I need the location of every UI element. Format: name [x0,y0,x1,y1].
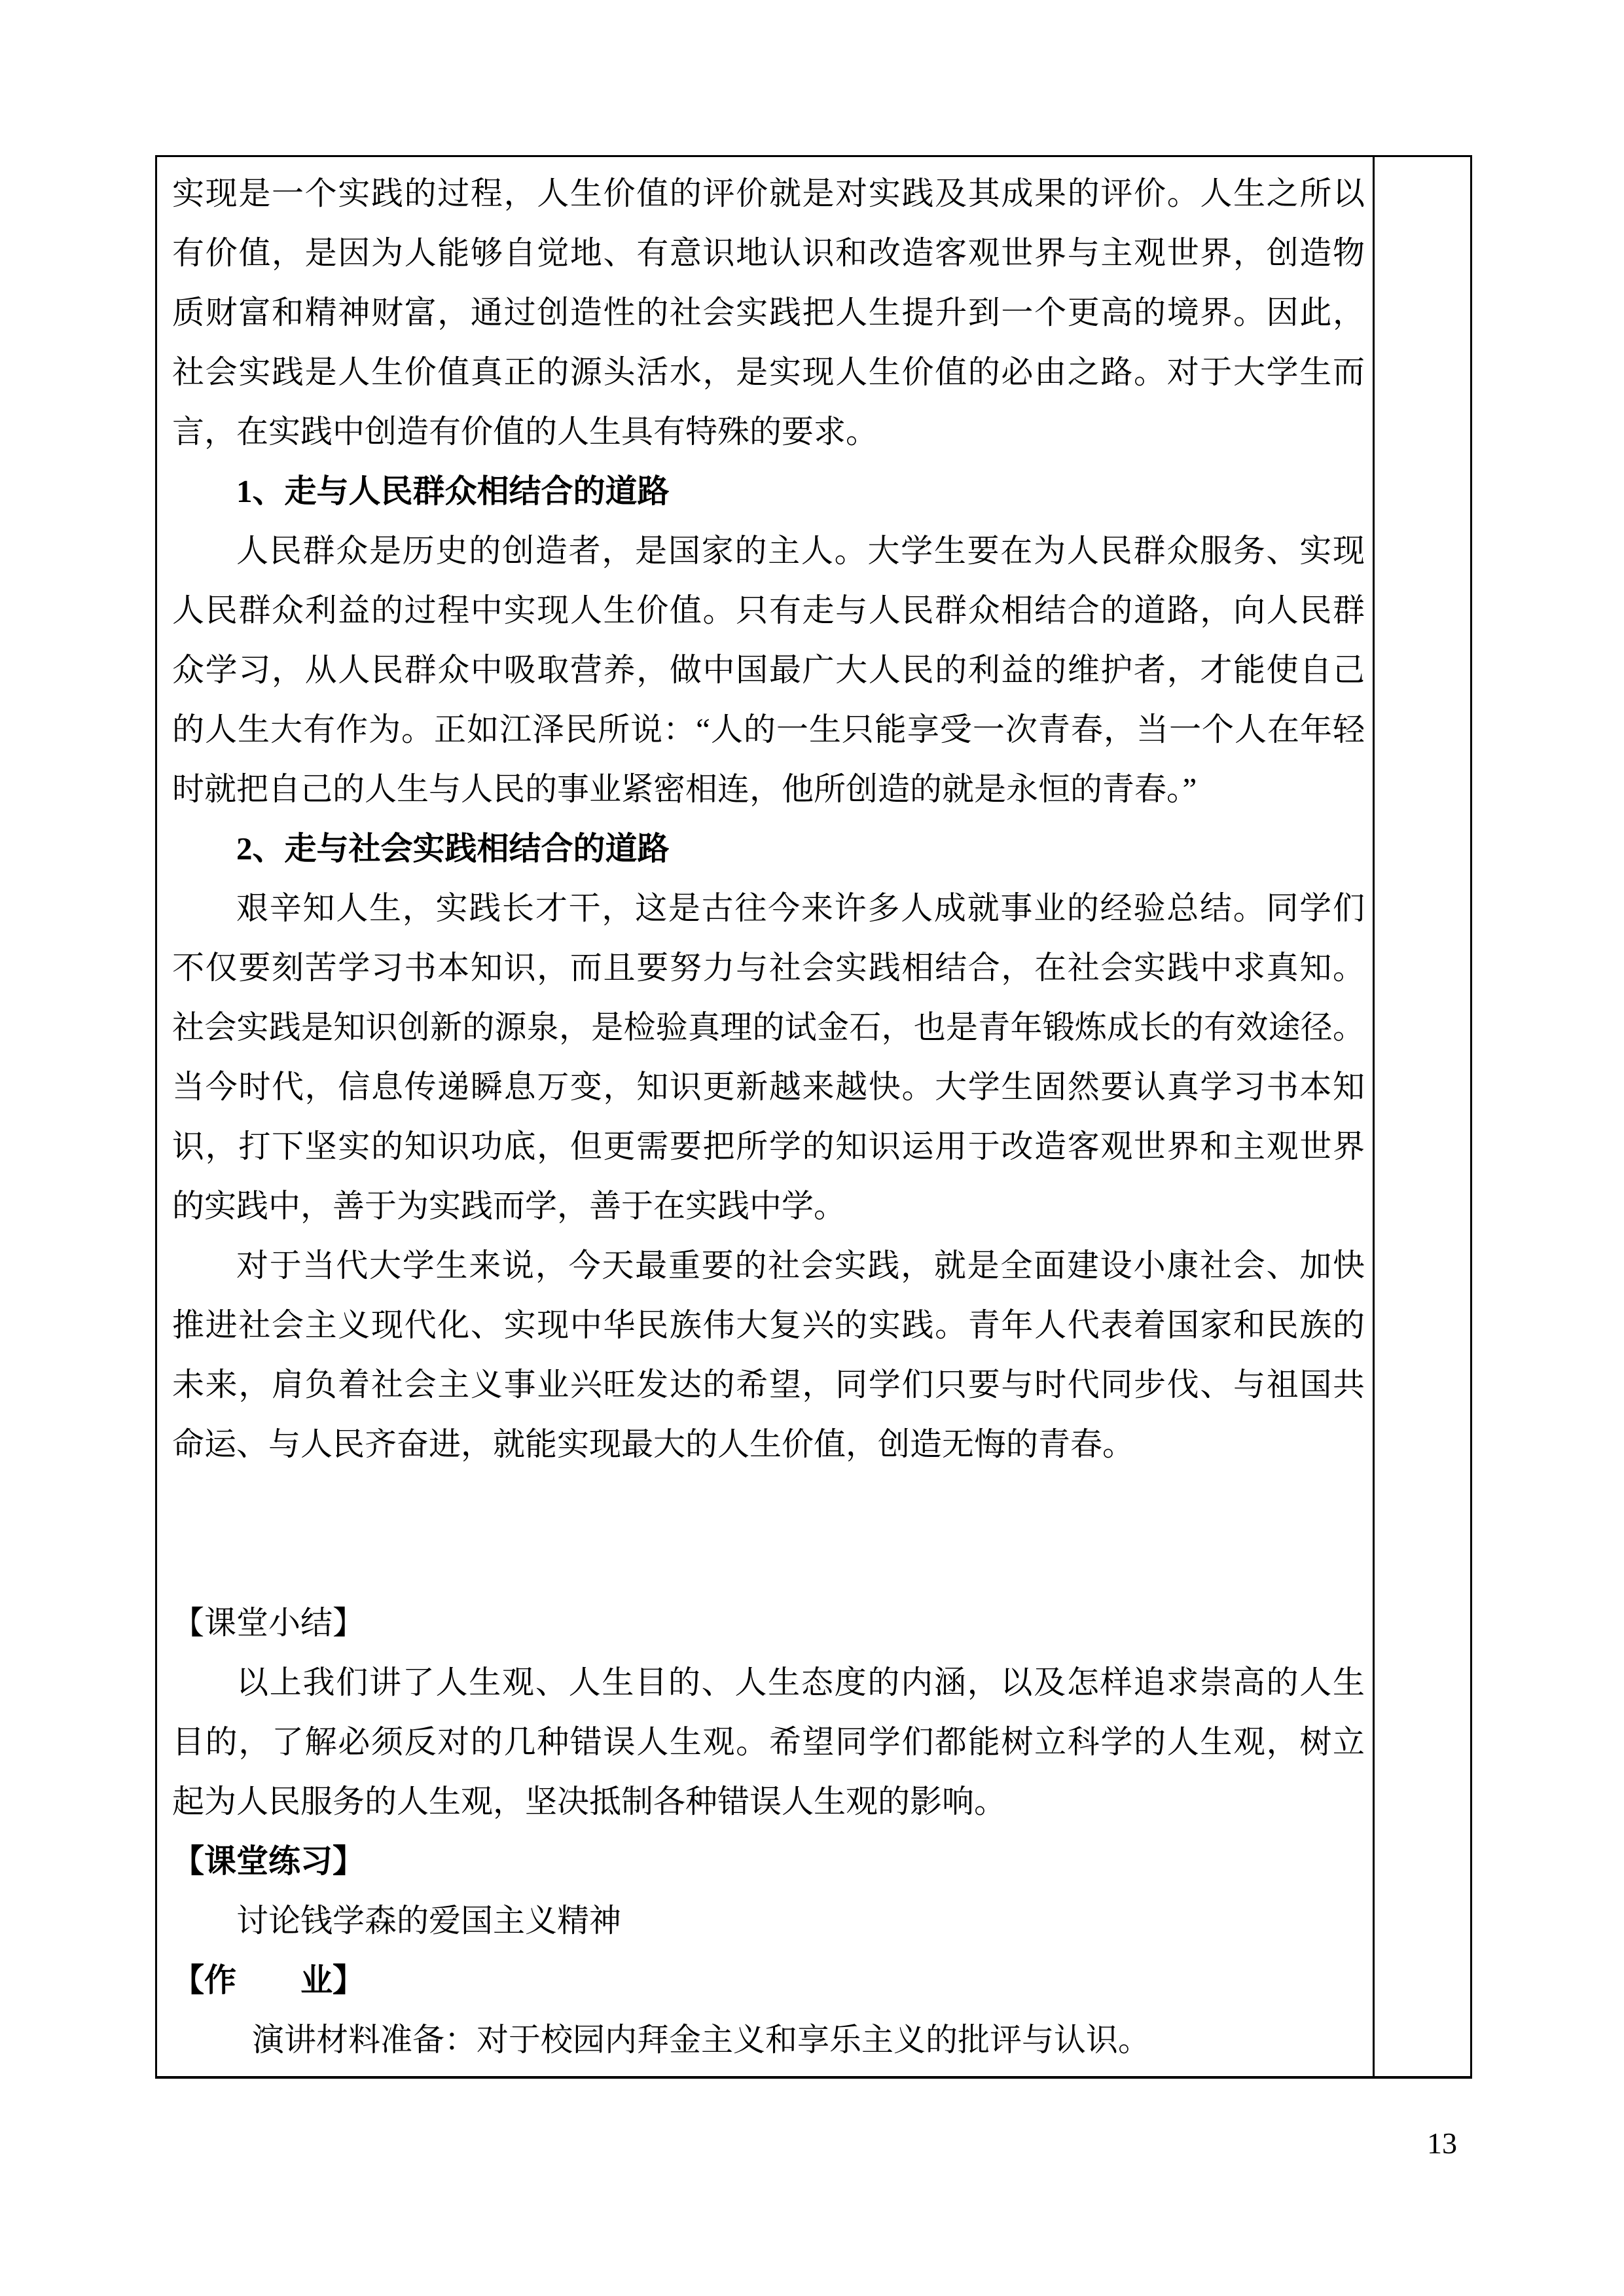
page-number: 13 [1427,2128,1457,2159]
body-text-line: 质财富和精神财富，通过创造性的社会实践把人生提升到一个更高的境界。因此， [172,283,1365,342]
main-cell: 实现是一个实践的过程，人生价值的评价就是对实践及其成果的评价。人生之所以 有价值… [157,157,1375,2076]
body-text-line: 未来，肩负着社会主义事业兴旺发达的希望，同学们只要与时代同步伐、与祖国共 [172,1355,1365,1414]
document-page: 实现是一个实践的过程，人生价值的评价就是对实践及其成果的评价。人生之所以 有价值… [0,0,1624,2296]
body-text-line: 众学习，从人民群众中吸取营养，做中国最广大人民的利益的维护者，才能使自己 [172,640,1365,700]
body-text-line: 人民群众是历史的创造者，是国家的主人。大学生要在为人民群众服务、实现 [172,521,1365,581]
body-text-line: 起为人民服务的人生观，坚决抵制各种错误人生观的影响。 [172,1772,1365,1831]
section-heading-line: 1、走与人民群众相结合的道路 [172,461,1365,521]
body-text-line: 的实践中，善于为实践而学，善于在实践中学。 [172,1176,1365,1236]
body-text-line: 以上我们讲了人生观、人生目的、人生态度的内涵，以及怎样追求崇高的人生 [172,1653,1365,1712]
blank-line [172,1534,1365,1593]
body-text-line: 演讲材料准备：对于校园内拜金主义和享乐主义的批评与认识。 [172,2010,1365,2070]
section-heading-line: 2、走与社会实践相结合的道路 [172,819,1365,878]
body-text-line: 命运、与人民齐奋进，就能实现最大的人生价值，创造无悔的青春。 [172,1414,1365,1474]
blank-line [172,1474,1365,1534]
body-text-line: 实现是一个实践的过程，人生价值的评价就是对实践及其成果的评价。人生之所以 [172,164,1365,223]
body-text-line: 不仅要刻苦学习书本知识，而且要努力与社会实践相结合，在社会实践中求真知。 [172,938,1365,997]
body-text-line: 讨论钱学森的爱国主义精神 [172,1891,1365,1950]
body-text-line: 当今时代，信息传递瞬息万变，知识更新越来越快。大学生固然要认真学习书本知 [172,1057,1365,1117]
body-text-line: 的人生大有作为。正如江泽民所说：“人的一生只能享受一次青春，当一个人在年轻 [172,700,1365,759]
body-text-line: 社会实践是知识创新的源泉，是检验真理的试金石，也是青年锻炼成长的有效途径。 [172,997,1365,1057]
body-text-line: 有价值，是因为人能够自觉地、有意识地认识和改造客观世界与主观世界，创造物 [172,223,1365,283]
body-text-line: 社会实践是人生价值真正的源头活水，是实现人生价值的必由之路。对于大学生而 [172,342,1365,402]
body-text-line: 时就把自己的人生与人民的事业紧密相连，他所创造的就是永恒的青春。” [172,759,1365,819]
body-text-line: 言，在实践中创造有价值的人生具有特殊的要求。 [172,402,1365,461]
lesson-table: 实现是一个实践的过程，人生价值的评价就是对实践及其成果的评价。人生之所以 有价值… [155,155,1472,2079]
section-heading-line: 【课堂小结】 [172,1593,1365,1653]
body-text-line: 识，打下坚实的知识功底，但更需要把所学的知识运用于改造客观世界和主观世界 [172,1117,1365,1176]
body-text-line: 人民群众利益的过程中实现人生价值。只有走与人民群众相结合的道路，向人民群 [172,581,1365,640]
body-text-line: 艰辛知人生，实践长才干，这是古往今来许多人成就事业的经验总结。同学们 [172,878,1365,938]
section-heading-line: 【课堂练习】 [172,1831,1365,1891]
body-text-line: 推进社会主义现代化、实现中华民族伟大复兴的实践。青年人代表着国家和民族的 [172,1295,1365,1355]
notes-column [1375,157,1470,2076]
body-text-line: 目的，了解必须反对的几种错误人生观。希望同学们都能树立科学的人生观，树立 [172,1712,1365,1772]
section-heading-line: 【作 业】 [172,1950,1365,2010]
body-text-line: 对于当代大学生来说，今天最重要的社会实践，就是全面建设小康社会、加快 [172,1236,1365,1295]
